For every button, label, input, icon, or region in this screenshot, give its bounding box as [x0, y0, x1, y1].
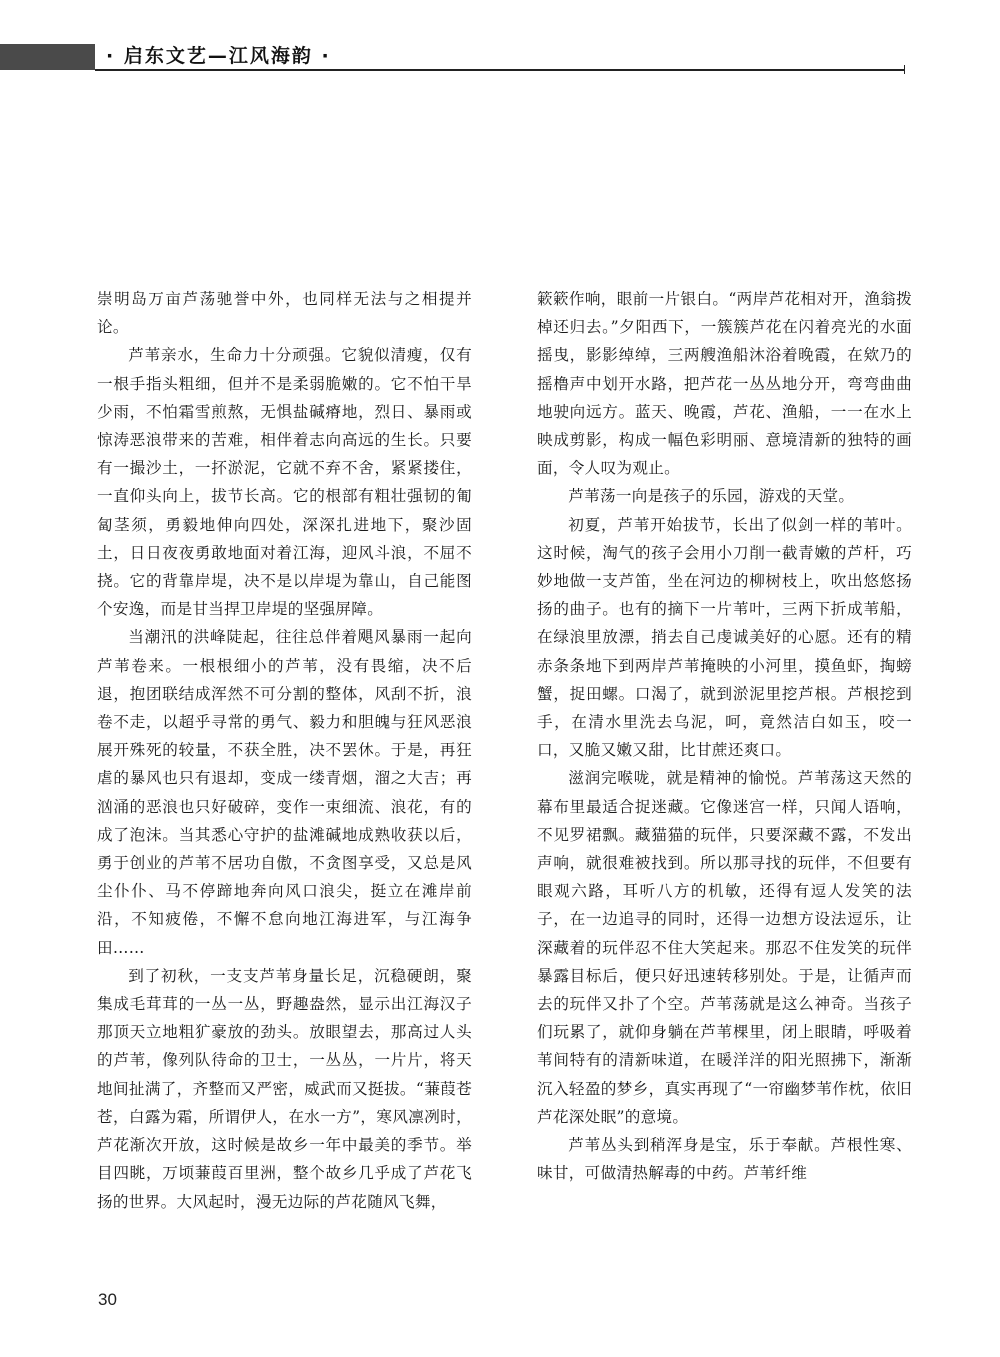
header-divider [95, 69, 905, 71]
page-number: 30 [98, 1290, 117, 1310]
paragraph: 滋润完喉咙，就是精神的愉悦。芦苇荡这天然的幕布里最适合捉迷藏。它像迷宫一样，只闻… [537, 764, 912, 1131]
paragraph: 初夏，芦苇开始拔节，长出了似剑一样的苇叶。这时候，淘气的孩子会用小刀削一截青嫩的… [537, 511, 912, 765]
paragraph: 当潮汛的洪峰陡起，往往总伴着飓风暴雨一起向芦苇卷来。一根根细小的芦苇，没有畏缩，… [97, 623, 472, 961]
section-header-title: · 启东文艺—江风海韵 · [106, 42, 331, 70]
paragraph: 芦苇丛头到稍浑身是宝，乐于奉献。芦根性寒、味甘，可做清热解毒的中药。芦苇纤维 [537, 1131, 912, 1187]
paragraph: 芦苇亲水，生命力十分顽强。它貌似清瘦，仅有一根手指头粗细，但并不是柔弱脆嫩的。它… [97, 341, 472, 623]
paragraph: 簌簌作响，眼前一片银白。“两岸芦花相对开，渔翁拨棹还归去。”夕阳西下，一簇簇芦花… [537, 285, 912, 482]
right-text-column: 簌簌作响，眼前一片银白。“两岸芦花相对开，渔翁拨棹还归去。”夕阳西下，一簇簇芦花… [537, 285, 912, 1188]
paragraph: 崇明岛万亩芦荡驰誉中外，也同样无法与之相提并论。 [97, 285, 472, 341]
header-divider-end-tick [904, 65, 905, 74]
header-decorative-block [0, 44, 95, 70]
left-text-column: 崇明岛万亩芦荡驰誉中外，也同样无法与之相提并论。 芦苇亲水，生命力十分顽强。它貌… [97, 285, 472, 1216]
paragraph: 芦苇荡一向是孩子的乐园，游戏的天堂。 [537, 482, 912, 510]
paragraph: 到了初秋，一支支芦苇身量长足，沉稳硬朗，聚集成毛茸茸的一丛一丛，野趣盎然，显示出… [97, 962, 472, 1216]
